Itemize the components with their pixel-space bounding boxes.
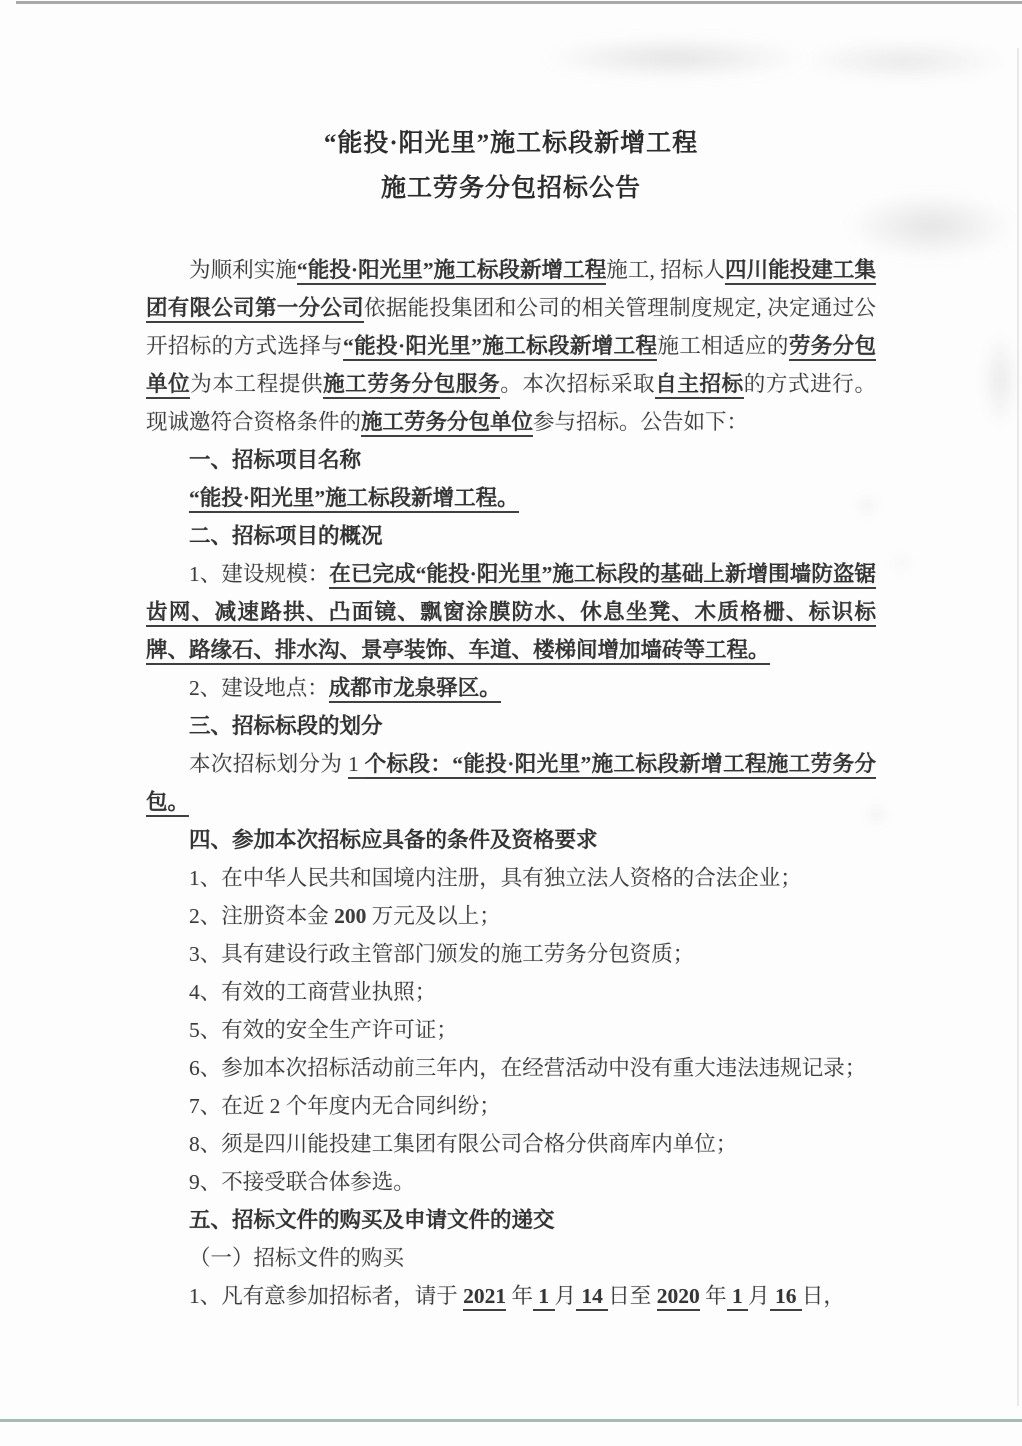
emphasized-text: “能投·阳光里”施工标段新增工程。 (189, 486, 519, 513)
text-run: 月 (555, 1284, 577, 1308)
text-run: 年 (506, 1284, 533, 1308)
text-run: 四、参加本次招标应具备的条件及资格要求 (189, 828, 598, 852)
text-run: 二、招标项目的概况 (189, 524, 383, 548)
bleed-through-smudge (892, 554, 910, 572)
emphasized-text: 1 (727, 1284, 749, 1311)
text-run: 一、招标项目名称 (189, 448, 361, 472)
emphasized-text: 200 (334, 904, 366, 928)
text-run: 7、在近 2 个年度内无合同纠纷； (189, 1094, 501, 1118)
text-run: 1、在中华人民共和国境内注册，具有独立法人资格的合法企业； (189, 866, 802, 890)
text-run: 。本次招标采取 (500, 372, 655, 396)
text-run: 为顺利实施 (189, 258, 297, 282)
text-run: 1、建设规模： (189, 562, 329, 586)
emphasized-text: 1 (533, 1284, 555, 1311)
section-2-heading: 二、招标项目的概况 (146, 517, 876, 555)
text-run: 施工相适应的 (657, 334, 788, 358)
text-run: 4、有效的工商营业执照； (189, 980, 436, 1004)
emphasized-text: 施工劳务分包单位 (361, 410, 533, 437)
intro-paragraph: 为顺利实施“能投·阳光里”施工标段新增工程施工, 招标人四川能投建工集团有限公司… (146, 251, 876, 441)
emphasized-text: 施工劳务分包服务 (323, 372, 500, 399)
requirement-7: 7、在近 2 个年度内无合同纠纷； (146, 1087, 876, 1125)
emphasized-text: 成都市龙泉驿区。 (329, 676, 501, 703)
section-3-heading: 三、招标标段的划分 (146, 707, 876, 745)
emphasized-text: “能投·阳光里”施工标段新增工程 (343, 334, 657, 361)
text-run: 施工, 招标人 (606, 258, 725, 282)
emphasized-text: “能投·阳光里”施工标段新增工程 (297, 258, 606, 285)
text-run: 万元及以上； (366, 904, 500, 928)
text-run: 月 (748, 1284, 770, 1308)
requirement-4: 4、有效的工商营业执照； (146, 973, 876, 1011)
emphasized-text: 2021 (463, 1284, 506, 1311)
text-run: 五、招标文件的购买及申请文件的递交 (189, 1208, 555, 1232)
text-run: 2、注册资本金 (189, 904, 334, 928)
section-4-heading: 四、参加本次招标应具备的条件及资格要求 (146, 821, 876, 859)
requirement-5: 5、有效的安全生产许可证； (146, 1011, 876, 1049)
bid-sections: 本次招标划分为 1 个标段：“能投·阳光里”施工标段新增工程施工劳务分包。 (146, 745, 876, 821)
purchase-period: 1、凡有意参加招标者，请于 2021 年 1 月 14 日至 2020 年 1 … (146, 1277, 876, 1315)
text-run: 日至 (608, 1284, 656, 1308)
text-run: 三、招标标段的划分 (189, 714, 383, 738)
requirement-2: 2、注册资本金 200 万元及以上； (146, 897, 876, 935)
scanned-document-page: “能投·阳光里”施工标段新增工程 施工劳务分包招标公告 为顺利实施“能投·阳光里… (0, 0, 1022, 1446)
bleed-through-smudge (982, 330, 1018, 430)
text-run: 1、凡有意参加招标者，请于 (189, 1284, 463, 1308)
document-content: “能投·阳光里”施工标段新增工程 施工劳务分包招标公告 为顺利实施“能投·阳光里… (146, 0, 876, 1315)
construction-scale: 1、建设规模：在已完成“能投·阳光里”施工标段的基础上新增围墙防盗锯齿网、减速路… (146, 555, 876, 669)
text-run: 年 (700, 1284, 727, 1308)
section-1-heading: 一、招标项目名称 (146, 441, 876, 479)
document-body: 为顺利实施“能投·阳光里”施工标段新增工程施工, 招标人四川能投建工集团有限公司… (146, 251, 876, 1315)
construction-site: 2、建设地点：成都市龙泉驿区。 (146, 669, 876, 707)
emphasized-text: 自主招标 (655, 372, 744, 399)
emphasized-text: 16 (770, 1284, 802, 1311)
emphasized-text: 2020 (657, 1284, 700, 1311)
section-5-heading: 五、招标文件的购买及申请文件的递交 (146, 1201, 876, 1239)
requirement-6: 6、参加本次招标活动前三年内，在经营活动中没有重大违法违规记录； (146, 1049, 876, 1087)
document-title-line1: “能投·阳光里”施工标段新增工程 (146, 121, 876, 166)
scan-bottom-edge-line (0, 1419, 1022, 1422)
text-run: 参与招标。公告如下： (533, 410, 748, 434)
scan-right-edge-line (1017, 48, 1019, 1406)
requirement-9: 9、不接受联合体参选。 (146, 1163, 876, 1201)
project-name: “能投·阳光里”施工标段新增工程。 (146, 479, 876, 517)
requirement-3: 3、具有建设行政主管部门颁发的施工劳务分包资质； (146, 935, 876, 973)
emphasized-text: 14 (576, 1284, 608, 1311)
text-run: 2、建设地点： (189, 676, 329, 700)
text-run: （一）招标文件的购买 (189, 1246, 404, 1270)
requirement-1: 1、在中华人民共和国境内注册，具有独立法人资格的合法企业； (146, 859, 876, 897)
text-run: 5、有效的安全生产许可证； (189, 1018, 458, 1042)
text-run: 日， (802, 1284, 845, 1308)
text-run: 9、不接受联合体参选。 (189, 1170, 415, 1194)
subsection-1-heading: （一）招标文件的购买 (146, 1239, 876, 1277)
text-run: 为本工程提供 (190, 372, 323, 396)
requirement-8: 8、须是四川能投建工集团有限公司合格分供商库内单位； (146, 1125, 876, 1163)
document-title-line2: 施工劳务分包招标公告 (146, 166, 876, 211)
document-title: “能投·阳光里”施工标段新增工程 施工劳务分包招标公告 (146, 0, 876, 211)
text-run: 本次招标划分为 (189, 752, 348, 776)
text-run: 3、具有建设行政主管部门颁发的施工劳务分包资质； (189, 942, 694, 966)
emphasized-text: 1 (348, 752, 365, 779)
text-run: 6、参加本次招标活动前三年内，在经营活动中没有重大违法违规记录； (189, 1056, 866, 1080)
text-run: 8、须是四川能投建工集团有限公司合格分供商库内单位； (189, 1132, 737, 1156)
